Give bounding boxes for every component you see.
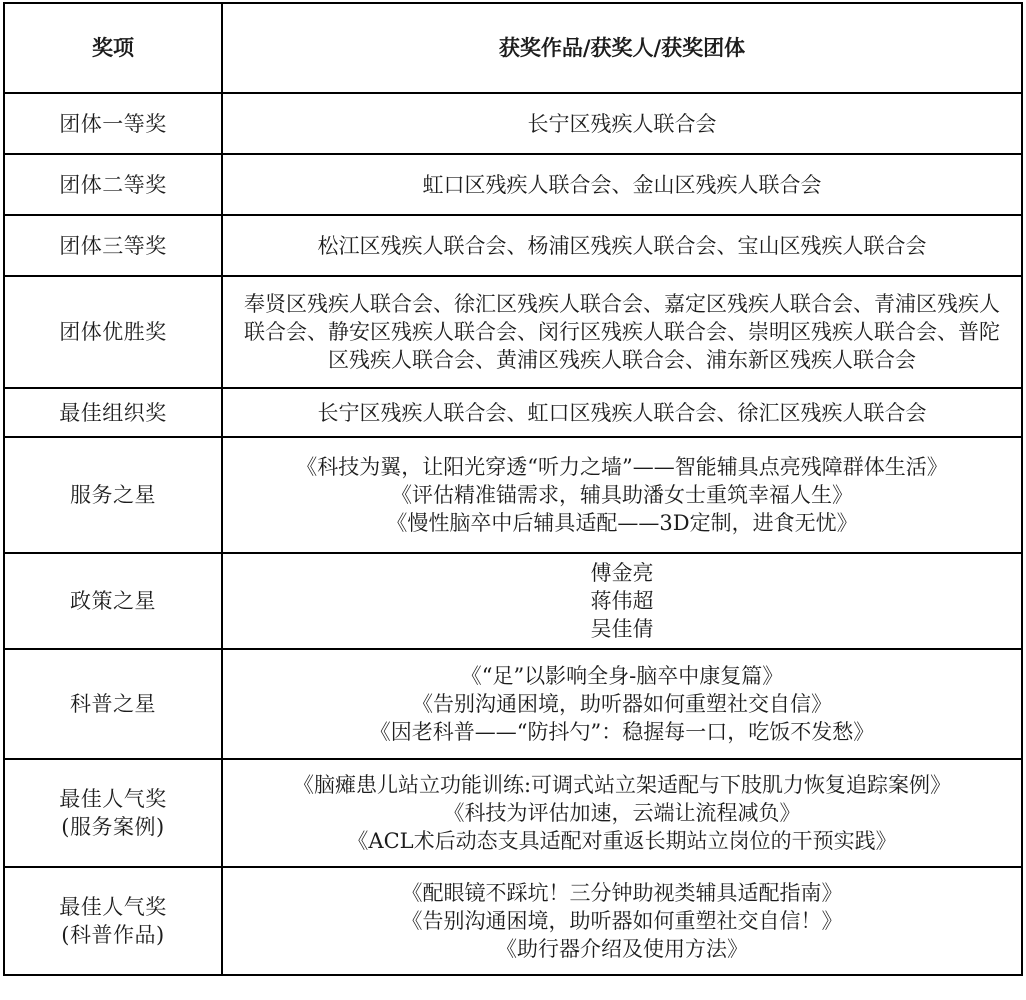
table-row: 最佳人气奖 (服务案例) 《脑瘫患儿站立功能训练:可调式站立架适配与下肢肌力恢复…: [4, 759, 1022, 867]
award-name-cell: 最佳人气奖 (服务案例): [4, 759, 222, 867]
header-row: 奖项 获奖作品/获奖人/获奖团体: [4, 3, 1022, 93]
award-name-cell: 服务之星: [4, 437, 222, 553]
award-name-cell: 最佳组织奖: [4, 388, 222, 437]
awards-table: 奖项 获奖作品/获奖人/获奖团体 团体一等奖 长宁区残疾人联合会 团体二等奖 虹…: [3, 2, 1023, 976]
award-name-cell: 科普之星: [4, 649, 222, 759]
winners-cell: 《脑瘫患儿站立功能训练:可调式站立架适配与下肢肌力恢复追踪案例》 《科技为评估加…: [222, 759, 1022, 867]
table-row: 团体二等奖 虹口区残疾人联合会、金山区残疾人联合会: [4, 154, 1022, 215]
table-row: 最佳组织奖 长宁区残疾人联合会、虹口区残疾人联合会、徐汇区残疾人联合会: [4, 388, 1022, 437]
winners-cell: 奉贤区残疾人联合会、徐汇区残疾人联合会、嘉定区残疾人联合会、青浦区残疾人 联合会…: [222, 276, 1022, 388]
award-name-cell: 团体三等奖: [4, 215, 222, 276]
winners-cell: 《“足”以影响全身-脑卒中康复篇》 《告别沟通困境，助听器如何重塑社交自信》 《…: [222, 649, 1022, 759]
winners-cell: 《配眼镜不踩坑！三分钟助视类辅具适配指南》 《告别沟通困境，助听器如何重塑社交自…: [222, 867, 1022, 975]
table-row: 服务之星 《科技为翼，让阳光穿透“听力之墙”——智能辅具点亮残障群体生活》 《评…: [4, 437, 1022, 553]
table-row: 最佳人气奖 (科普作品) 《配眼镜不踩坑！三分钟助视类辅具适配指南》 《告别沟通…: [4, 867, 1022, 975]
award-name-cell: 政策之星: [4, 553, 222, 649]
table-row: 团体三等奖 松江区残疾人联合会、杨浦区残疾人联合会、宝山区残疾人联合会: [4, 215, 1022, 276]
table-row: 科普之星 《“足”以影响全身-脑卒中康复篇》 《告别沟通困境，助听器如何重塑社交…: [4, 649, 1022, 759]
column-header-winners: 获奖作品/获奖人/获奖团体: [222, 3, 1022, 93]
winners-cell: 傅金亮 蒋伟超 吴佳倩: [222, 553, 1022, 649]
winners-cell: 松江区残疾人联合会、杨浦区残疾人联合会、宝山区残疾人联合会: [222, 215, 1022, 276]
award-name-cell: 团体一等奖: [4, 93, 222, 154]
winners-cell: 虹口区残疾人联合会、金山区残疾人联合会: [222, 154, 1022, 215]
column-header-award: 奖项: [4, 3, 222, 93]
table-row: 政策之星 傅金亮 蒋伟超 吴佳倩: [4, 553, 1022, 649]
award-name-cell: 最佳人气奖 (科普作品): [4, 867, 222, 975]
winners-cell: 长宁区残疾人联合会、虹口区残疾人联合会、徐汇区残疾人联合会: [222, 388, 1022, 437]
table-row: 团体一等奖 长宁区残疾人联合会: [4, 93, 1022, 154]
winners-cell: 长宁区残疾人联合会: [222, 93, 1022, 154]
winners-cell: 《科技为翼，让阳光穿透“听力之墙”——智能辅具点亮残障群体生活》 《评估精准锚需…: [222, 437, 1022, 553]
table-row: 团体优胜奖 奉贤区残疾人联合会、徐汇区残疾人联合会、嘉定区残疾人联合会、青浦区残…: [4, 276, 1022, 388]
award-name-cell: 团体二等奖: [4, 154, 222, 215]
award-name-cell: 团体优胜奖: [4, 276, 222, 388]
